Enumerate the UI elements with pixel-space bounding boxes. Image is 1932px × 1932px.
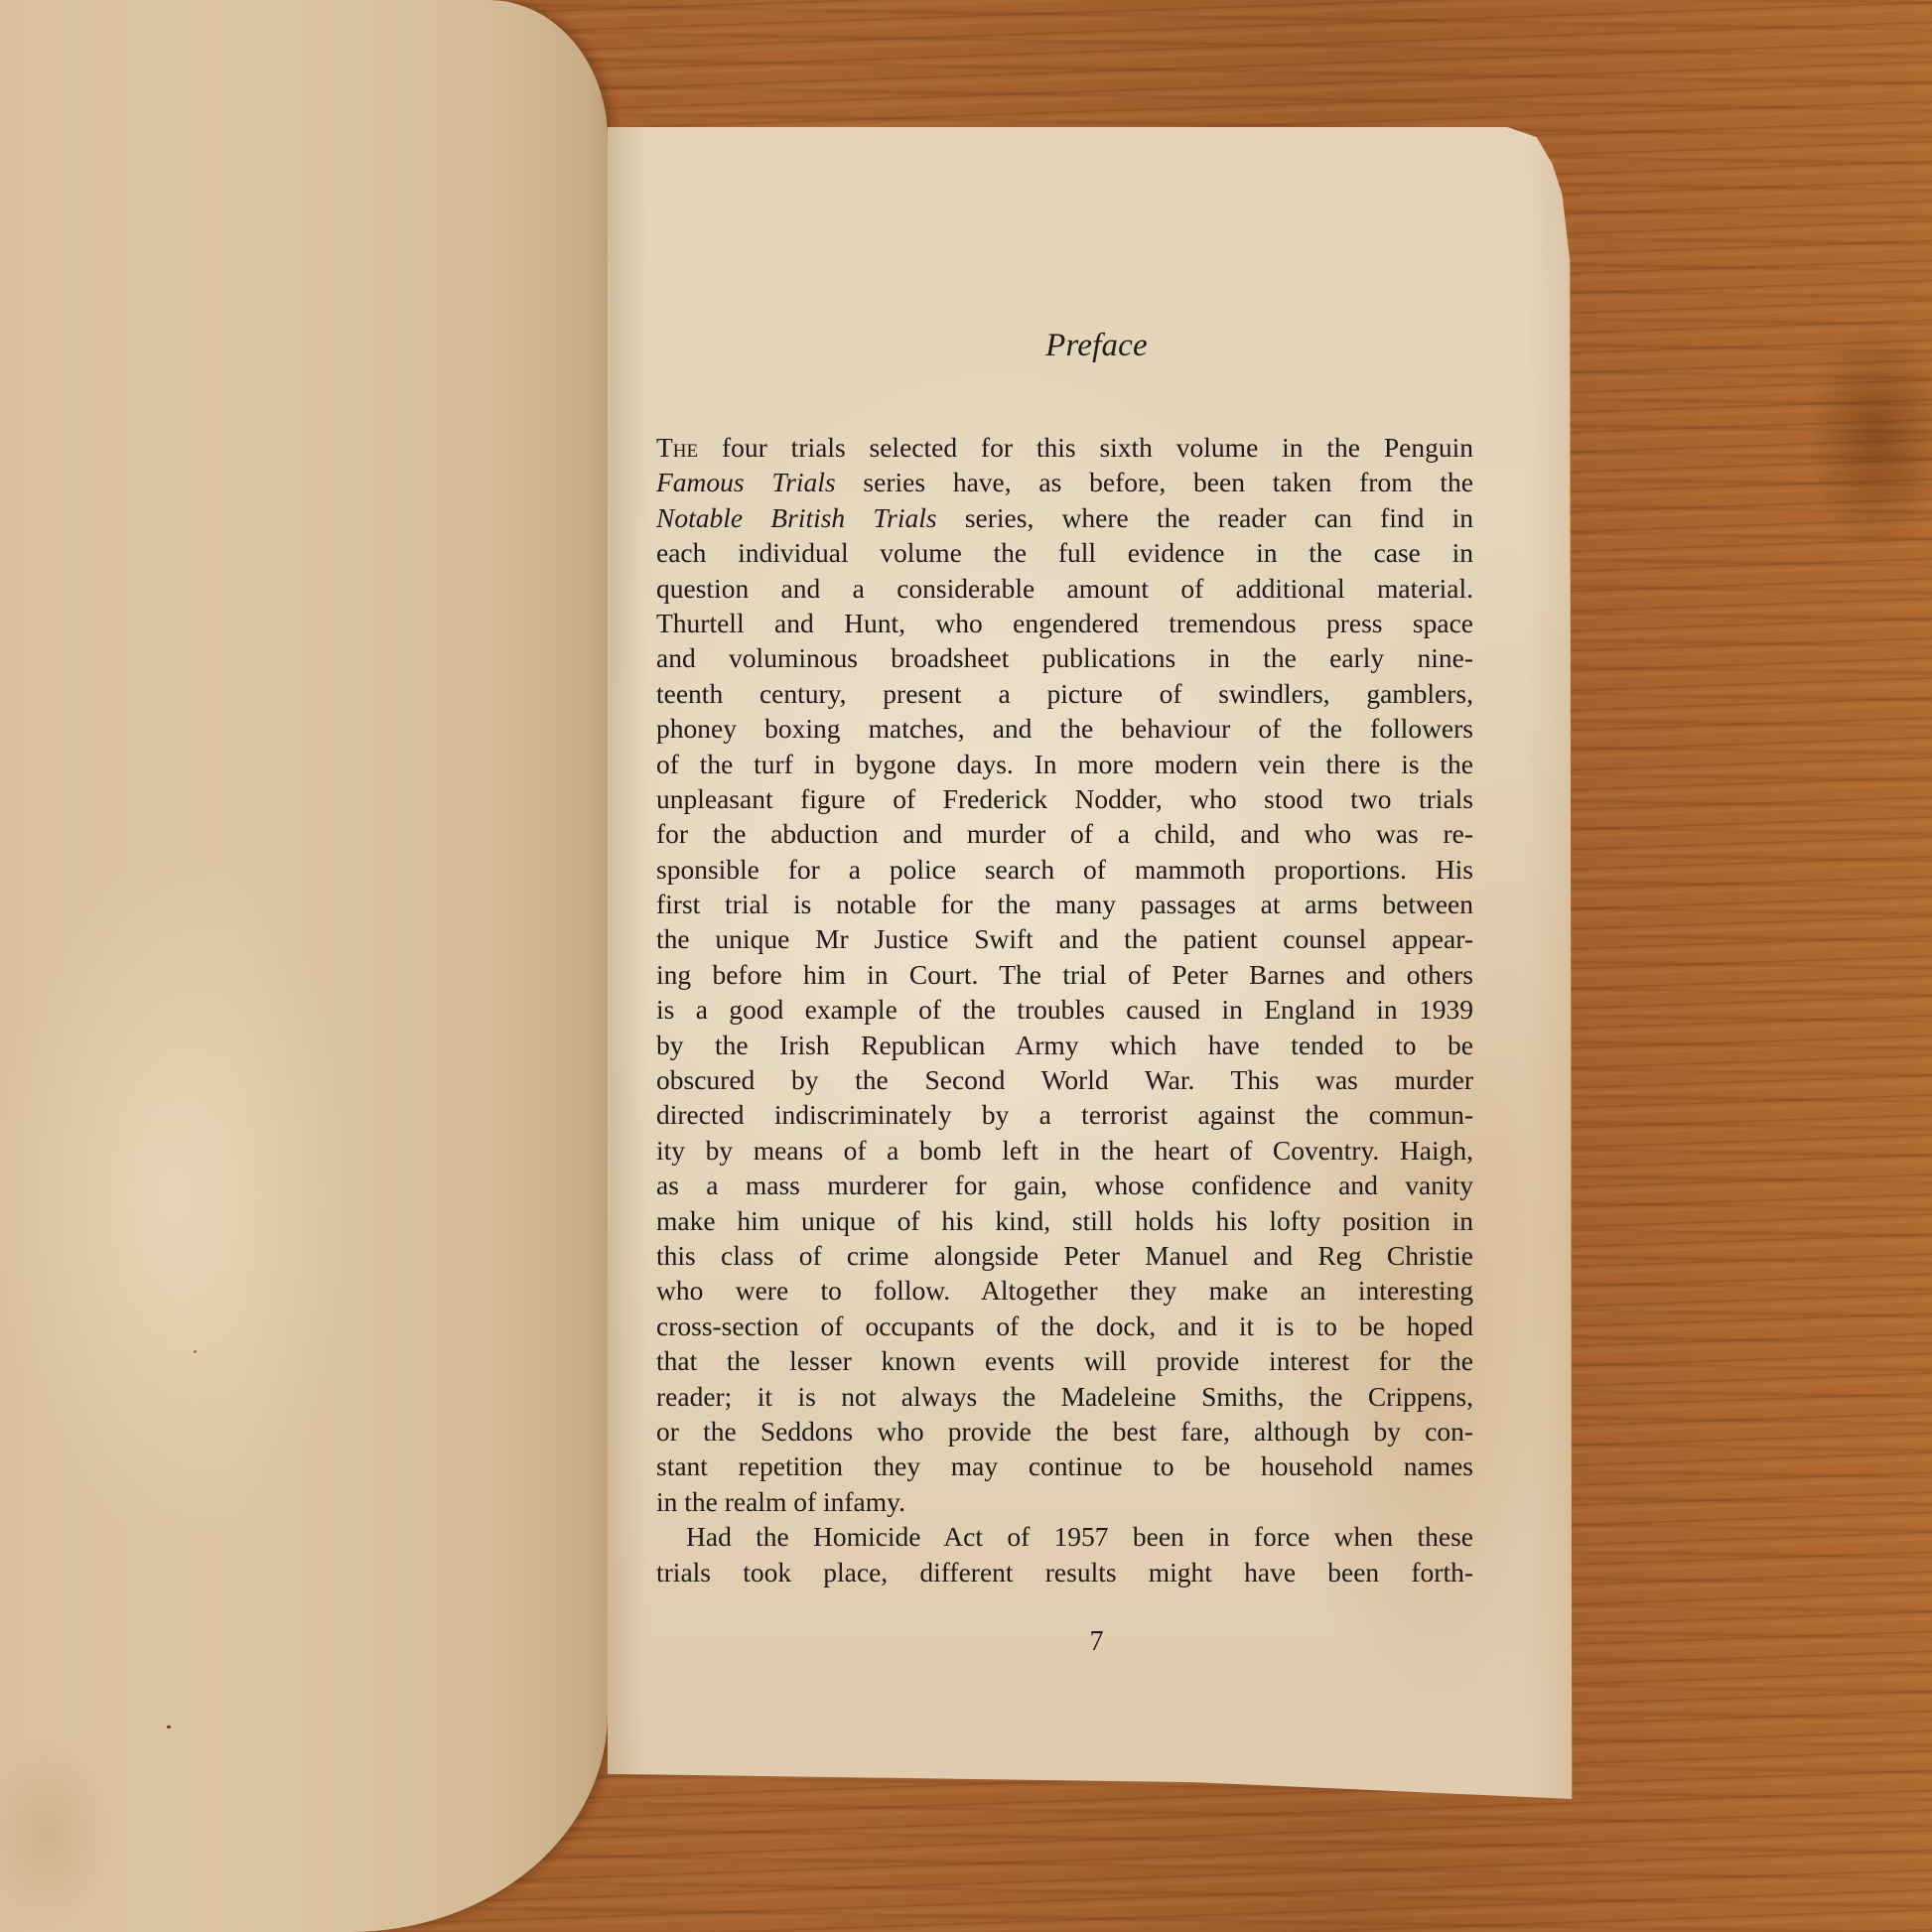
text-segment: in the realm of infamy.: [656, 1486, 905, 1517]
text-line: of the turf in bygone days. In more mode…: [656, 747, 1473, 781]
text-line: or the Seddons who provide the best fare…: [656, 1414, 1473, 1449]
text-line: for the abduction and murder of a child,…: [656, 816, 1473, 851]
text-segment: or the Seddons who provide the best fare…: [656, 1416, 1473, 1447]
text-segment: first trial is notable for the many pass…: [656, 889, 1473, 919]
text-line: in the realm of infamy.: [656, 1484, 1473, 1519]
page-number: 7: [608, 1626, 1586, 1658]
text-line: is a good example of the troubles caused…: [656, 992, 1473, 1027]
text-line: stant repetition they may continue to be…: [656, 1449, 1473, 1483]
text-segment: obscured by the Second World War. This w…: [656, 1064, 1473, 1095]
left-page: [0, 0, 608, 1932]
text-line: ity by means of a bomb left in the heart…: [656, 1133, 1473, 1168]
text-line: phoney boxing matches, and the behaviour…: [656, 711, 1473, 746]
text-line: who were to follow. Altogether they make…: [656, 1273, 1473, 1308]
text-segment: phoney boxing matches, and the behaviour…: [656, 713, 1473, 744]
text-line: make him unique of his kind, still holds…: [656, 1203, 1473, 1238]
text-line: as a mass murderer for gain, whose confi…: [656, 1168, 1473, 1202]
small-caps-opening: The: [656, 432, 698, 463]
text-segment: sponsible for a police search of mammoth…: [656, 854, 1473, 885]
text-segment: reader; it is not always the Madeleine S…: [656, 1381, 1473, 1412]
text-segment: as a mass murderer for gain, whose confi…: [656, 1170, 1473, 1200]
text-segment: four trials selected for this sixth volu…: [698, 432, 1473, 463]
text-line: this class of crime alongside Peter Manu…: [656, 1238, 1473, 1273]
text-segment: each individual volume the full evidence…: [656, 537, 1473, 568]
text-line: that the lesser known events will provid…: [656, 1343, 1473, 1378]
paragraph: Had the Homicide Act of 1957 been in for…: [656, 1519, 1473, 1589]
text-segment: ity by means of a bomb left in the heart…: [656, 1135, 1473, 1166]
text-line: sponsible for a police search of mammoth…: [656, 852, 1473, 887]
text-segment: trials took place, different results mig…: [656, 1557, 1473, 1587]
paragraph: The four trials selected for this sixth …: [656, 430, 1473, 1519]
text-segment: who were to follow. Altogether they make…: [656, 1275, 1473, 1306]
paper-speck: [194, 1350, 197, 1353]
text-segment: Thurtell and Hunt, who engendered tremen…: [656, 608, 1473, 638]
text-segment: series, where the reader can find in: [937, 502, 1473, 533]
text-line: Famous Trials series have, as before, be…: [656, 465, 1473, 499]
text-segment: Had the Homicide Act of 1957 been in for…: [686, 1521, 1473, 1552]
text-segment: cross-section of occupants of the dock, …: [656, 1311, 1473, 1341]
right-page: Preface The four trials selected for thi…: [608, 127, 1586, 1799]
italic-title: Famous Trials: [656, 467, 836, 497]
text-segment: for the abduction and murder of a child,…: [656, 818, 1473, 849]
text-segment: stant repetition they may continue to be…: [656, 1450, 1473, 1481]
text-segment: and voluminous broadsheet publications i…: [656, 642, 1473, 673]
text-line: and voluminous broadsheet publications i…: [656, 640, 1473, 675]
text-line: each individual volume the full evidence…: [656, 535, 1473, 570]
text-line: teenth century, present a picture of swi…: [656, 676, 1473, 711]
text-line: first trial is notable for the many pass…: [656, 887, 1473, 921]
text-segment: of the turf in bygone days. In more mode…: [656, 749, 1473, 779]
text-segment: series have, as before, been taken from …: [836, 467, 1473, 497]
text-line: Thurtell and Hunt, who engendered tremen…: [656, 606, 1473, 640]
text-segment: directed indiscriminately by a terrorist…: [656, 1099, 1473, 1130]
text-line: by the Irish Republican Army which have …: [656, 1028, 1473, 1062]
text-line: Had the Homicide Act of 1957 been in for…: [656, 1519, 1473, 1554]
text-segment: question and a considerable amount of ad…: [656, 573, 1473, 604]
wood-grain-patch: [1807, 318, 1932, 556]
preface-body-text: The four trials selected for this sixth …: [656, 430, 1473, 1589]
text-line: question and a considerable amount of ad…: [656, 571, 1473, 606]
left-page-stain: [0, 1737, 119, 1932]
text-line: reader; it is not always the Madeleine S…: [656, 1379, 1473, 1414]
text-segment: unpleasant figure of Frederick Nodder, w…: [656, 783, 1473, 814]
text-line: The four trials selected for this sixth …: [656, 430, 1473, 465]
text-line: directed indiscriminately by a terrorist…: [656, 1097, 1473, 1132]
text-line: the unique Mr Justice Swift and the pati…: [656, 921, 1473, 956]
text-segment: ing before him in Court. The trial of Pe…: [656, 959, 1473, 990]
text-segment: is a good example of the troubles caused…: [656, 994, 1473, 1025]
text-line: unpleasant figure of Frederick Nodder, w…: [656, 781, 1473, 816]
text-segment: make him unique of his kind, still holds…: [656, 1205, 1473, 1236]
text-segment: that the lesser known events will provid…: [656, 1345, 1473, 1376]
text-segment: the unique Mr Justice Swift and the pati…: [656, 923, 1473, 954]
text-segment: this class of crime alongside Peter Manu…: [656, 1240, 1473, 1271]
paper-speck: [167, 1725, 171, 1728]
page-title: Preface: [608, 328, 1586, 364]
text-line: cross-section of occupants of the dock, …: [656, 1309, 1473, 1343]
text-line: ing before him in Court. The trial of Pe…: [656, 957, 1473, 992]
text-line: obscured by the Second World War. This w…: [656, 1062, 1473, 1097]
page-edge-shading: [1526, 127, 1586, 1799]
text-segment: teenth century, present a picture of swi…: [656, 678, 1473, 709]
text-segment: by the Irish Republican Army which have …: [656, 1030, 1473, 1060]
text-line: Notable British Trials series, where the…: [656, 500, 1473, 535]
gutter-shadow: [608, 127, 647, 1799]
italic-title: Notable British Trials: [656, 502, 937, 533]
text-line: trials took place, different results mig…: [656, 1555, 1473, 1589]
